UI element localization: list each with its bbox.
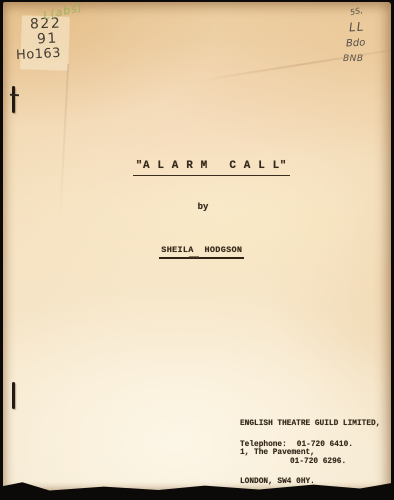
- author-row: SHEILA HODGSON: [0, 235, 385, 269]
- paper-crease-vertical: [59, 64, 69, 224]
- telephone-label: Telephone:: [240, 441, 287, 449]
- byline: by: [9, 202, 394, 212]
- telephone-number-1: 01-720 6410.: [297, 441, 353, 449]
- script-title: "A L A R M C A L L": [133, 160, 290, 176]
- title-row: "A L A R M C A L L": [3, 148, 391, 188]
- shelf-mark-1: 5S,: [349, 6, 363, 17]
- staple-bottom: [12, 382, 15, 409]
- shelf-mark-3: Bdo: [346, 38, 366, 50]
- telephone-row: Telephone: 01-720 6410.: [240, 441, 353, 449]
- publisher-block: ENGLISH THEATRE GUILD LIMITED, 1, The Pa…: [240, 401, 380, 500]
- shelf-mark-2: LL: [349, 19, 365, 34]
- telephone-number-2: 01-720 6296.: [290, 458, 346, 466]
- publisher-address-2: LONDON, SW4 0HY.: [240, 478, 380, 488]
- script-cover-page: 822 91 Ho163 L(abs) 5S, LL Bdo BNB "A L …: [3, 2, 391, 491]
- staple-top: [12, 86, 15, 113]
- author-underline-tick: [189, 256, 199, 258]
- paper-crease-diagonal: [199, 48, 394, 81]
- classification-number-2: 91: [37, 30, 59, 47]
- author-name: SHEILA HODGSON: [159, 245, 244, 259]
- scanner-background: { "annotations": { "top_left": { "line1"…: [0, 0, 394, 500]
- classification-number-3: Ho163: [16, 46, 62, 63]
- publisher-name: ENGLISH THEATRE GUILD LIMITED,: [240, 420, 380, 430]
